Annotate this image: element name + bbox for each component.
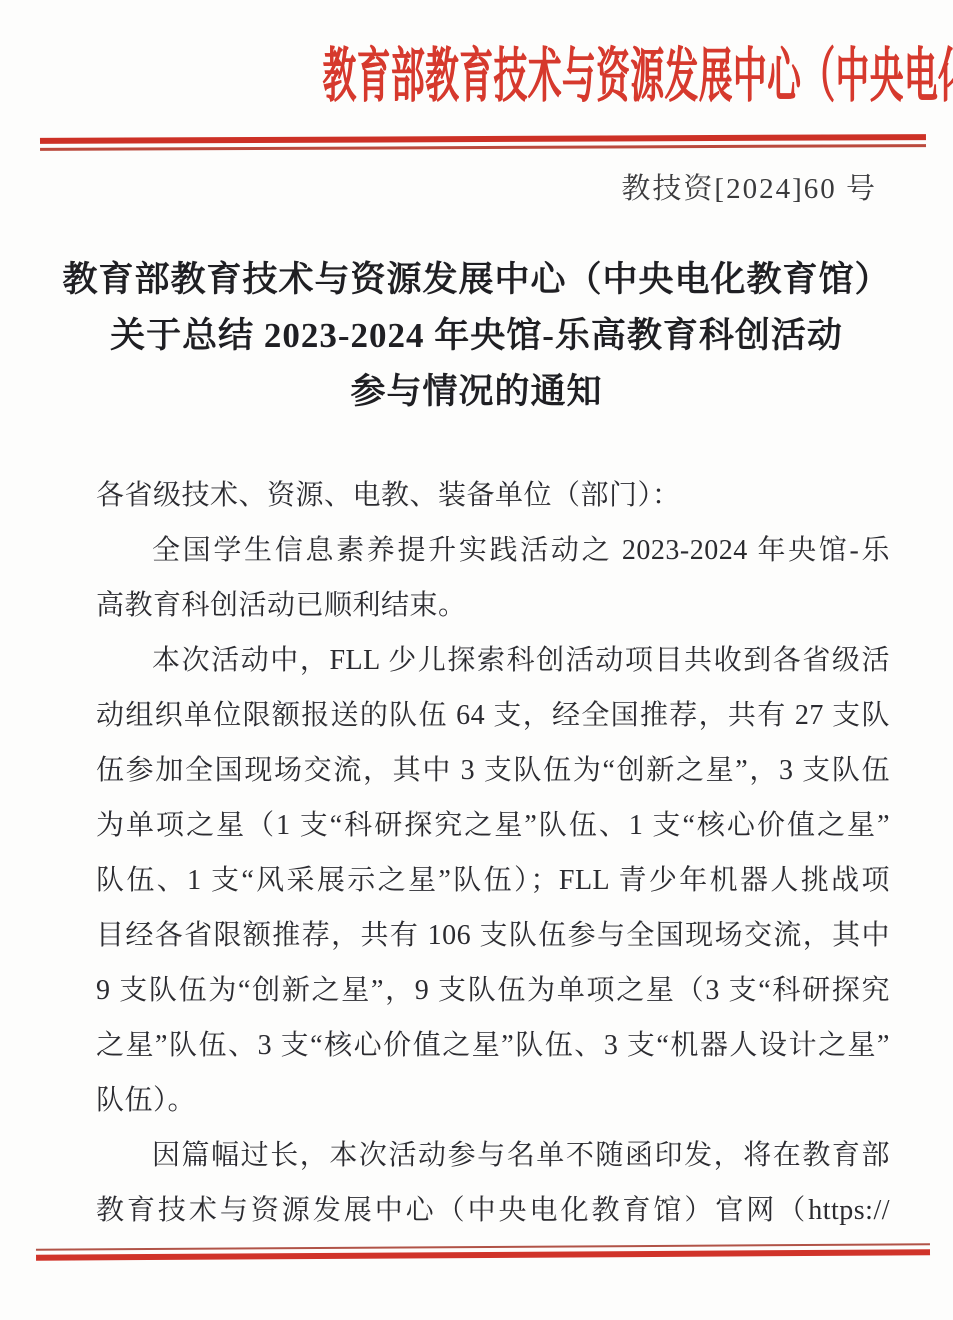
title-block: 教育部教育技术与资源发展中心（中央电化教育馆） 关于总结 2023-2024 年… [0,252,953,420]
body-line: 队伍、1 支“风采展示之星”队伍）；FLL 青少年机器人挑战项 [96,853,890,908]
masthead-title: 教育部教育技术与资源发展中心（中央电化教育馆）函件 [323,36,953,116]
salutation-line: 各省级技术、资源、电教、装备单位（部门）： [96,468,890,523]
body-line: 因篇幅过长，本次活动参与名单不随函印发，将在教育部 [96,1128,890,1183]
body-line: 之星”队伍、3 支“核心价值之星”队伍、3 支“机器人设计之星” [96,1018,890,1073]
body-line: 目经各省限额推荐，共有 106 支队伍参与全国现场交流，其中 [96,908,890,963]
body-block: 各省级技术、资源、电教、装备单位（部门）： 全国学生信息素养提升实践活动之 20… [96,468,890,1238]
body-line: 教育技术与资源发展中心（中央电化教育馆）官网（https:// [96,1183,890,1238]
body-line: 为单项之星（1 支“科研探究之星”队伍、1 支“核心价值之星” [96,798,890,853]
masthead: 教育部教育技术与资源发展中心（中央电化教育馆）函件 [0,36,953,116]
body-line: 9 支队伍为“创新之星”，9 支队伍为单项之星（3 支“科研探究 [96,963,890,1018]
footer-double-rule [36,1243,930,1260]
doc-number: 教技资[2024]60 号 [621,166,877,207]
body-line: 本次活动中，FLL 少儿探索科创活动项目共收到各省级活 [96,633,890,688]
body-line: 伍参加全国现场交流，其中 3 支队伍为“创新之星”，3 支队伍 [96,743,890,798]
title-line-3: 参与情况的通知 [0,364,953,420]
title-line-1: 教育部教育技术与资源发展中心（中央电化教育馆） [0,252,953,308]
body-line: 全国学生信息素养提升实践活动之 2023-2024 年央馆-乐 [96,523,890,578]
header-rule-thick [40,134,926,144]
body-line: 队伍）。 [96,1073,890,1128]
footer-rule-thick [36,1249,930,1260]
body-line: 动组织单位限额报送的队伍 64 支，经全国推荐，共有 27 支队 [96,688,890,743]
document-page: 教育部教育技术与资源发展中心（中央电化教育馆）函件 教技资[2024]60 号 … [0,0,953,1320]
title-line-2: 关于总结 2023-2024 年央馆-乐高教育科创活动 [0,308,953,364]
header-double-rule [40,134,926,151]
header-rule-thin [40,144,926,151]
body-line: 高教育科创活动已顺利结束。 [96,578,890,633]
